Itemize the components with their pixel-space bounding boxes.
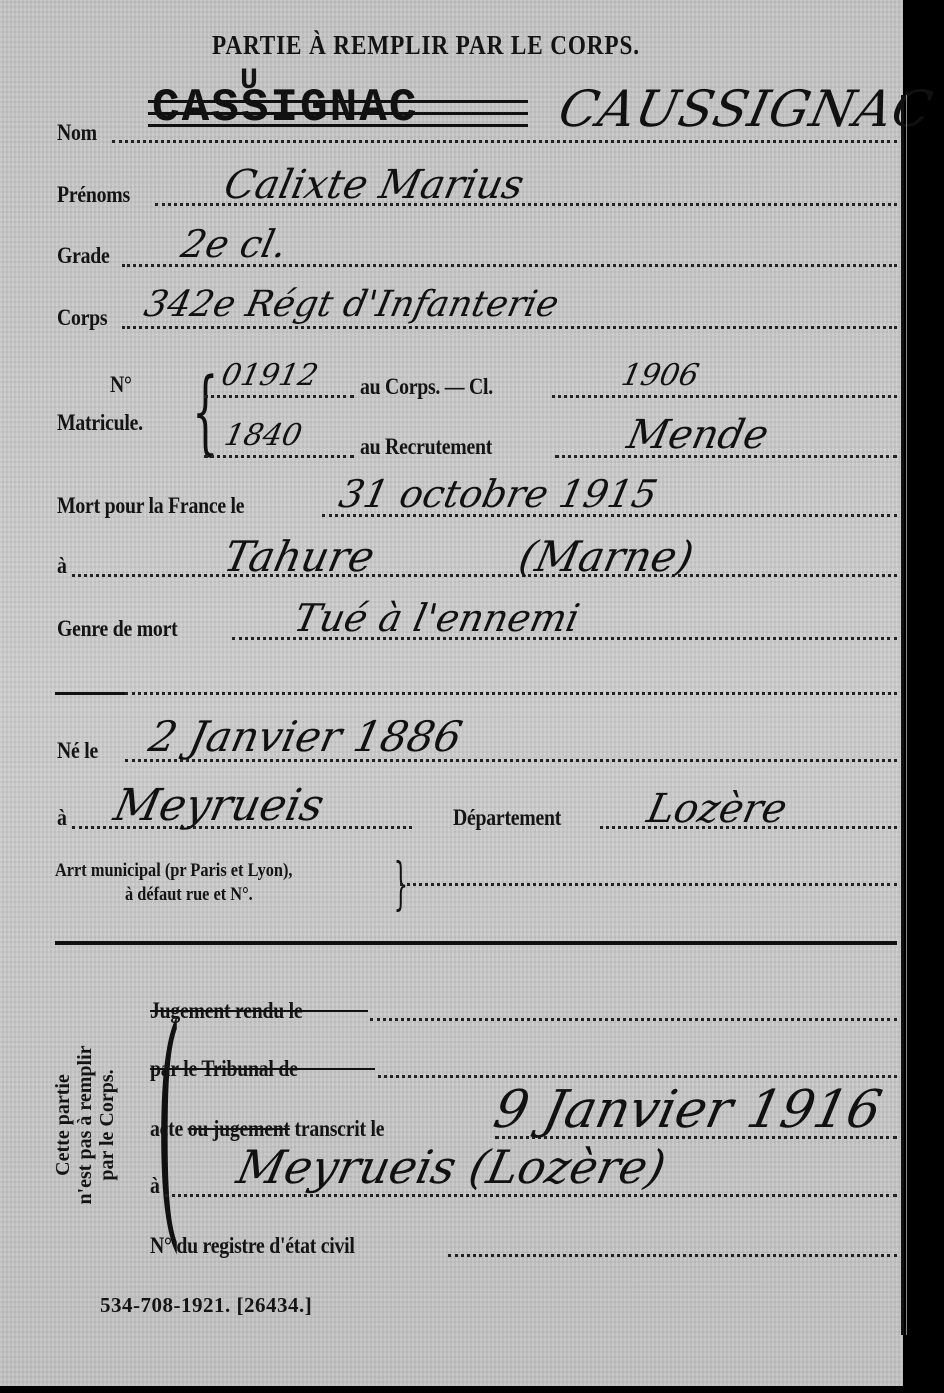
label-nom: Nom [57,120,97,146]
registre-dotted-line [448,1254,897,1257]
lieu-mort-value: Tahure [220,532,379,581]
matricule-recrutement-dotted [204,455,354,458]
label-grade: Grade [57,243,110,269]
label-arrondissement-line1: Arrt municipal (pr Paris et Lyon), [55,860,293,882]
label-no: N° [110,372,132,398]
footer-reference: 534-708-1921. [26434.] [100,1293,312,1318]
acte-label-part1: acte [150,1116,183,1141]
label-prenoms: Prénoms [57,182,130,208]
label-genre-mort: Genre de mort [57,616,177,642]
lieu-mort-departement: (Marne) [515,532,698,581]
label-arrondissement-line2: à défaut rue et N°. [125,884,253,906]
grade-value: 2e cl. [177,222,291,266]
nom-typed-correction: U [240,64,258,98]
jugement-dotted-line [370,1018,897,1021]
side-note-line1: Cette partie [52,1015,74,1235]
side-note-line3: par le Corps. [96,1015,118,1235]
acte-date-value: 9 Janvier 1916 [489,1080,887,1140]
classe-value: 1906 [618,358,702,393]
label-lieu-naissance: à [57,805,67,831]
departement-value: Lozère [643,786,791,832]
strike-line [148,112,528,115]
genre-mort-value: Tué à l'ennemi [290,596,583,640]
nom-dotted-line [112,140,897,143]
strike-line [148,100,528,103]
recrutement-lieu: Mende [623,412,772,458]
corps-value: 342e Régt d'Infanterie [141,284,563,325]
label-acte-lieu: à [150,1173,160,1199]
acte-label-part2: transcrit le [295,1116,385,1141]
acte-lieu-value: Meyrueis (Lozère) [232,1140,670,1194]
label-naissance: Né le [57,738,98,764]
label-registre: N° du registre d'état civil [150,1233,355,1259]
strike-line [148,124,528,127]
label-au-recrutement: au Recrutement [360,434,492,460]
blank-line-solid [55,692,125,695]
jugement-strike [150,1010,368,1012]
acte-label: acte ou jugement transcrit le [150,1116,384,1142]
mort-value: 31 octobre 1915 [335,472,661,516]
side-note-line2: n'est pas à remplir [74,1015,96,1235]
naissance-value: 2 Janvier 1886 [145,712,467,761]
label-au-corps: au Corps. — Cl. [360,374,493,400]
header-title: PARTIE À REMPLIR PAR LE CORPS. [212,30,640,61]
death-record-card: PARTIE À REMPLIR PAR LE CORPS. Nom CASSI… [0,0,903,1386]
matricule-recrutement-no: 1840 [221,418,305,453]
prenoms-value: Calixte Marius [220,162,528,208]
lieu-mort-dotted-line [72,574,897,577]
tribunal-strike [150,1068,375,1070]
card-border-highlight [906,95,907,1335]
side-note: Cette partie n'est pas à remplir par le … [52,1015,118,1235]
blank-dotted-line [125,692,897,695]
label-mort: Mort pour la France le [57,493,244,519]
acte-lieu-dotted-line [165,1194,897,1197]
arrondissement-dotted-line [400,883,897,886]
lieu-naissance-value: Meyrueis [110,780,329,831]
classe-dotted [552,395,897,398]
acte-label-struck: ou jugement [188,1116,290,1141]
section-separator [55,941,897,945]
matricule-corps-no: 01912 [218,358,321,393]
corps-dotted-line [122,326,897,329]
matricule-brace: { [192,362,218,462]
card-border-line [901,95,904,1335]
label-corps: Corps [57,305,107,331]
label-matricule: Matricule. [57,410,143,436]
nom-handwritten: CAUSSIGNAC [554,80,938,138]
label-departement: Département [453,805,561,831]
matricule-corps-dotted [204,395,354,398]
label-lieu-mort: à [57,553,67,579]
tribunal-dotted-line [378,1075,897,1078]
